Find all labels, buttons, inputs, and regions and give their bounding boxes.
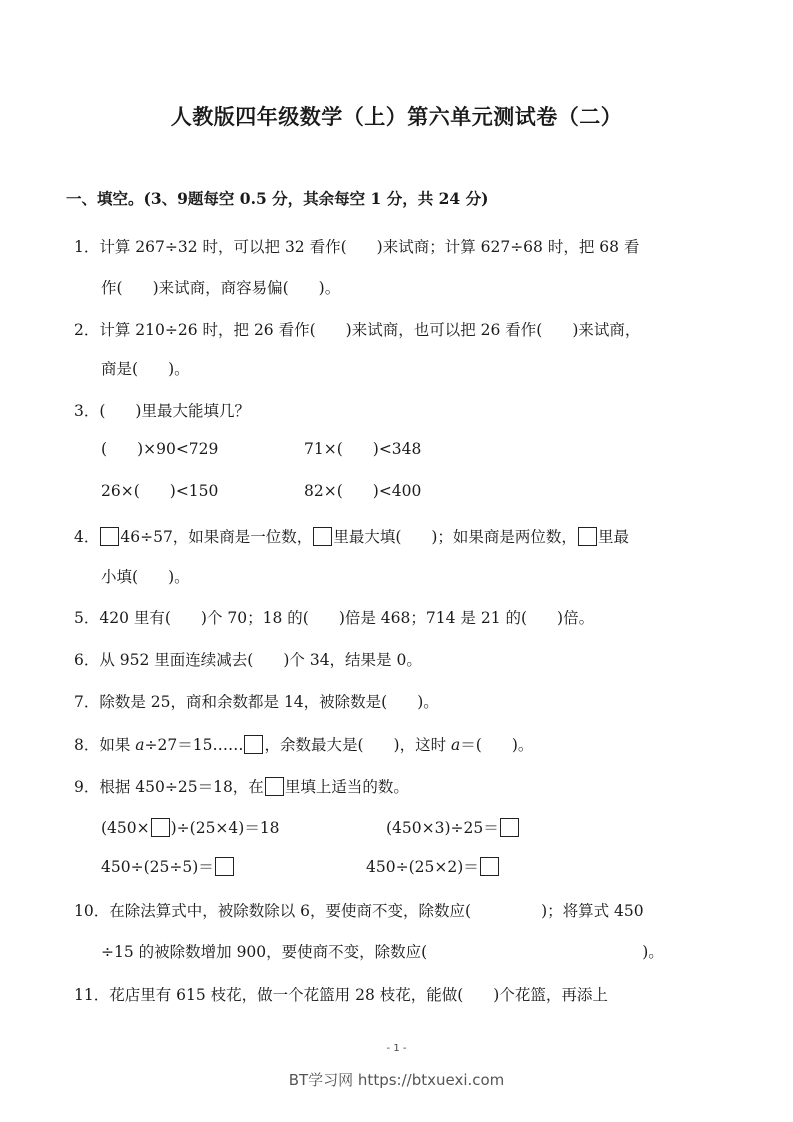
question-9-expr-4: 450÷(25×2)＝ bbox=[366, 855, 500, 877]
answer-box[interactable] bbox=[244, 735, 263, 754]
question-9-expr-2: (450×3)÷25＝ bbox=[386, 816, 520, 838]
question-3-expr-2: 71×()<348 bbox=[304, 440, 421, 458]
answer-box[interactable] bbox=[215, 857, 234, 876]
answer-box[interactable] bbox=[578, 527, 597, 546]
question-3-expr-4: 82×()<400 bbox=[304, 482, 421, 500]
answer-box[interactable] bbox=[500, 818, 519, 837]
question-9-expr-1: (450×)÷(25×4)＝18 bbox=[101, 816, 280, 838]
question-10-line-2: ÷15 的被除数增加 900，要使商不变，除数应()。 bbox=[101, 940, 664, 962]
answer-box[interactable] bbox=[151, 818, 170, 837]
question-3-line-1: 3．()里最大能填几？ bbox=[74, 399, 250, 421]
answer-box[interactable] bbox=[480, 857, 499, 876]
question-1-line-2: 作()来试商，商容易偏()。 bbox=[101, 276, 340, 298]
answer-box[interactable] bbox=[313, 527, 332, 546]
question-11: 11．花店里有 615 枝花，做一个花篮用 28 枝花，能做()个花篮，再添上 bbox=[74, 983, 608, 1005]
question-9-expr-3: 450÷(25÷5)＝ bbox=[101, 855, 235, 877]
answer-box bbox=[265, 777, 284, 796]
question-7: 7．除数是 25，商和余数都是 14，被除数是()。 bbox=[74, 690, 439, 712]
question-10-line-1: 10．在除法算式中，被除数除以 6，要使商不变，除数应()；将算式 450 bbox=[74, 899, 644, 921]
question-4-line-1: 4．46÷57，如果商是一位数，里最大填()；如果商是两位数，里最 bbox=[74, 525, 629, 547]
question-2-line-2: 商是()。 bbox=[101, 357, 190, 379]
question-3-expr-1: ()×90<729 bbox=[101, 440, 218, 458]
footer-watermark: BT学习网 https://btxuexi.com bbox=[0, 1069, 793, 1090]
question-5: 5．420 里有()个 70；18 的()倍是 468；714 是 21 的()… bbox=[74, 606, 594, 628]
question-8: 8．如果 a÷27＝15……，余数最大是()，这时 a＝()。 bbox=[74, 733, 533, 755]
question-2-line-1: 2．计算 210÷26 时，把 26 看作()来试商，也可以把 26 看作()来… bbox=[74, 318, 640, 340]
question-1-line-1: 1．计算 267÷32 时，可以把 32 看作()来试商；计算 627÷68 时… bbox=[74, 235, 639, 257]
question-9-line-1: 9．根据 450÷25＝18，在里填上适当的数。 bbox=[74, 775, 409, 797]
question-3-expr-3: 26×()<150 bbox=[101, 482, 218, 500]
page-title: 人教版四年级数学（上）第六单元测试卷（二） bbox=[0, 101, 793, 131]
question-6: 6．从 952 里面连续减去()个 34，结果是 0。 bbox=[74, 648, 422, 670]
question-4-line-2: 小填()。 bbox=[101, 565, 190, 587]
page-number: - 1 - bbox=[0, 1043, 793, 1054]
answer-box[interactable] bbox=[100, 527, 119, 546]
section-heading: 一、填空。(3、9题每空 0.5 分，其余每空 1 分，共 24 分) bbox=[66, 187, 488, 209]
